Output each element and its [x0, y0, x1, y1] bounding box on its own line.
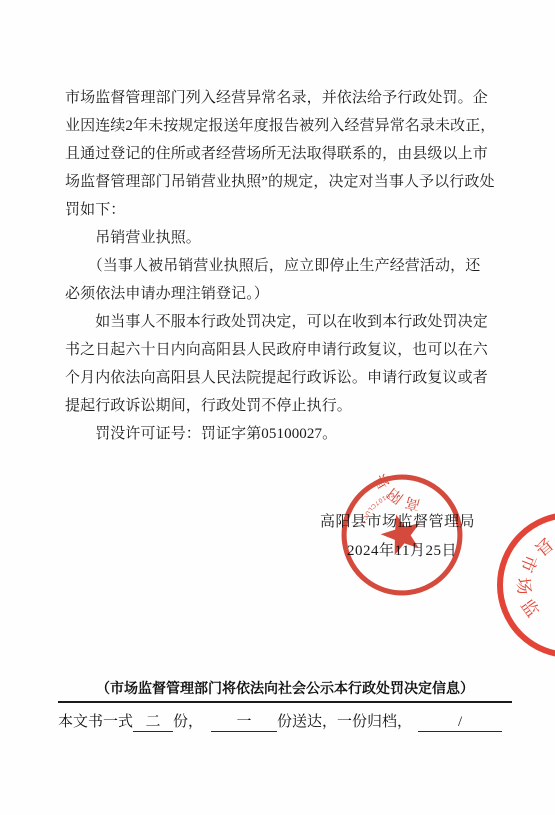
- archive-blank: /: [418, 714, 502, 732]
- copies-line: 本文书一式 二 份， 一 份送达，一份归档， /: [58, 710, 512, 732]
- document-body: 市场监督管理部门列入经营异常名录，并依法给予行政处罚。企业因连续2年未按规定报送…: [65, 84, 510, 448]
- body-line: 吊销营业执照。: [65, 224, 510, 252]
- edge-seal-arc-text: 县市场监: [513, 534, 555, 629]
- copies-prefix: 本文书一式: [58, 710, 133, 731]
- body-line: 提起行政诉讼期间，行政处罚不停止执行。: [65, 392, 510, 420]
- body-line: 罚没许可证号：罚证字第05100027。: [65, 420, 510, 448]
- official-seal: 高阳县市场监督管理局 C0107CLUC1: [339, 472, 465, 598]
- body-line: 场监督管理部门吊销营业执照”的规定，决定对当事人予以行政处: [65, 168, 510, 196]
- copies-unit: 份，: [173, 710, 203, 731]
- body-line: 罚如下：: [65, 196, 510, 224]
- seal-star-icon: [376, 508, 431, 564]
- body-line: 如当事人不服本行政处罚决定，可以在收到本行政处罚决定: [65, 308, 510, 336]
- body-line: （当事人被吊销营业执照后，应立即停止生产经营活动，还: [65, 252, 510, 280]
- svg-text:县市场监: 县市场监: [513, 534, 555, 629]
- body-line: 书之日起六十日内向高阳县人民政府申请行政复议，也可以在六: [65, 336, 510, 364]
- body-line: 市场监督管理部门列入经营异常名录，并依法给予行政处罚。企: [65, 84, 510, 112]
- body-line: 业因连续2年未按规定报送年度报告被列入经营异常名录未改正，: [65, 112, 510, 140]
- body-line: 个月内依法向高阳县人民法院提起行政诉讼。申请行政复议或者: [65, 364, 510, 392]
- delivery-blank: 一: [211, 714, 277, 732]
- edge-seal: 县市场监: [485, 500, 555, 670]
- body-line: 且通过登记的住所或者经营场所无法取得联系的，由县级以上市: [65, 140, 510, 168]
- footer: （市场监督管理部门将依法向社会公示本行政处罚决定信息） 本文书一式 二 份， 一…: [58, 678, 512, 732]
- scanned-penalty-decision-page: 市场监督管理部门列入经营异常名录，并依法给予行政处罚。企业因连续2年未按规定报送…: [0, 0, 555, 815]
- footer-separator-line: [58, 701, 512, 703]
- copies-blank: 二: [133, 714, 173, 732]
- footer-notice: （市场监督管理部门将依法向社会公示本行政处罚决定信息）: [58, 678, 512, 698]
- delivery-suffix: 份送达，一份归档，: [277, 710, 412, 731]
- body-line: 必须依法申请办理注销登记。）: [65, 280, 510, 308]
